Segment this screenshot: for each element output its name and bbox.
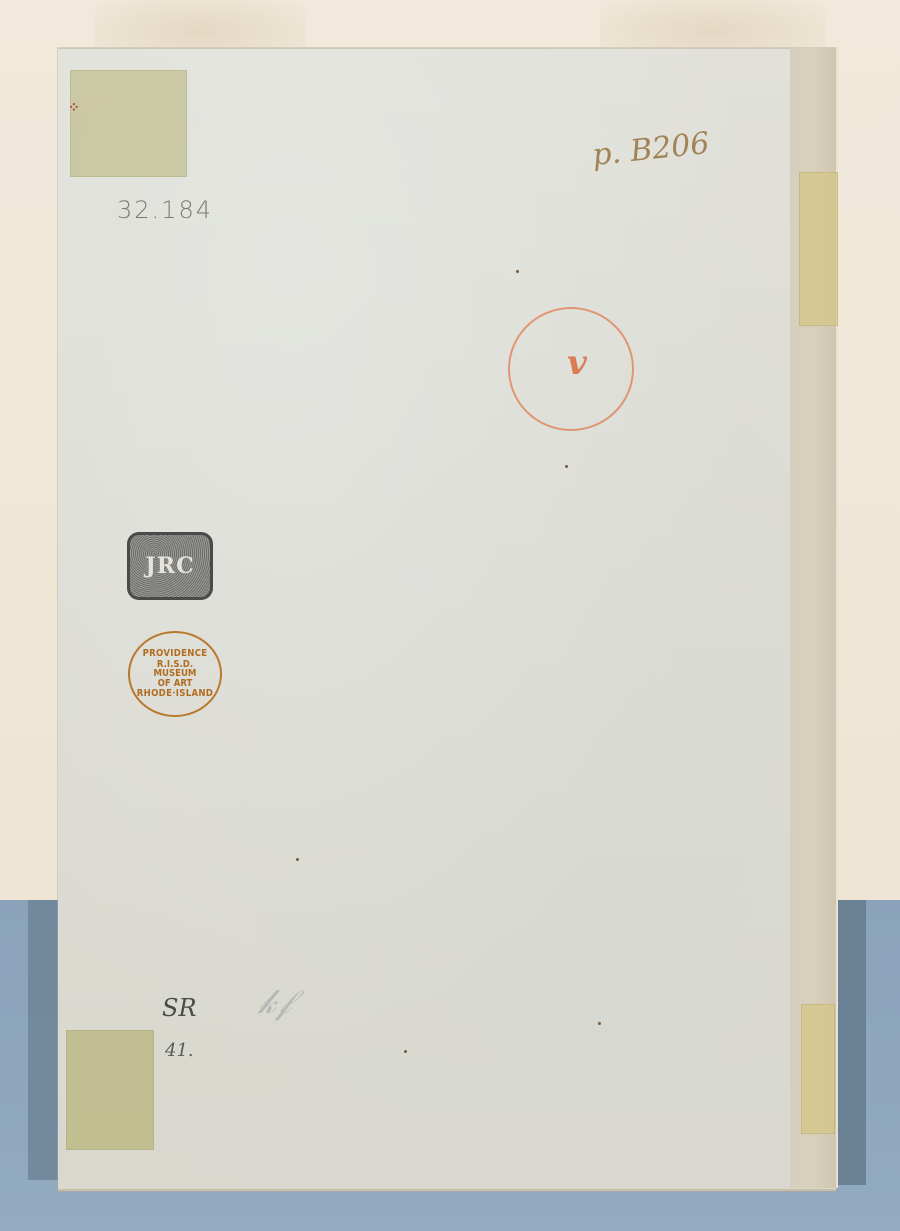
tape-bottom-right bbox=[801, 1004, 835, 1134]
museum-stamp-line: OF ART bbox=[158, 679, 193, 689]
collector-stamp: JRC bbox=[127, 532, 213, 600]
foxing-spot bbox=[598, 1022, 601, 1025]
foxing-spot bbox=[296, 858, 299, 861]
tape-top-left bbox=[70, 70, 187, 177]
accession-number: 32.184 bbox=[117, 196, 213, 224]
lower-initials: SR bbox=[162, 994, 197, 1022]
tape-top-right bbox=[799, 172, 838, 326]
red-pigment-flecks: ⁘ bbox=[68, 100, 80, 116]
foxing-spot bbox=[516, 270, 519, 273]
foxing-spot bbox=[404, 1050, 407, 1053]
red-chalk-circle: v bbox=[508, 307, 634, 431]
collector-stamp-text: JRC bbox=[145, 553, 194, 579]
paper-hinge-left bbox=[95, 0, 305, 52]
sheet-shadow-left bbox=[28, 900, 62, 1180]
pencil-scribble: 𝓀𝒻 bbox=[258, 982, 291, 1022]
tape-bottom-left bbox=[66, 1030, 154, 1150]
red-chalk-mark: v bbox=[567, 343, 587, 383]
museum-stamp-bottom: RHODE·ISLAND bbox=[137, 689, 213, 699]
lower-number: 41. bbox=[165, 1040, 194, 1061]
foxing-spot bbox=[565, 465, 568, 468]
paper-hinge-right bbox=[600, 0, 825, 52]
museum-stamp: PROVIDENCE R.I.S.D. MUSEUM OF ART RHODE·… bbox=[128, 631, 222, 717]
museum-stamp-top: PROVIDENCE bbox=[143, 649, 208, 659]
